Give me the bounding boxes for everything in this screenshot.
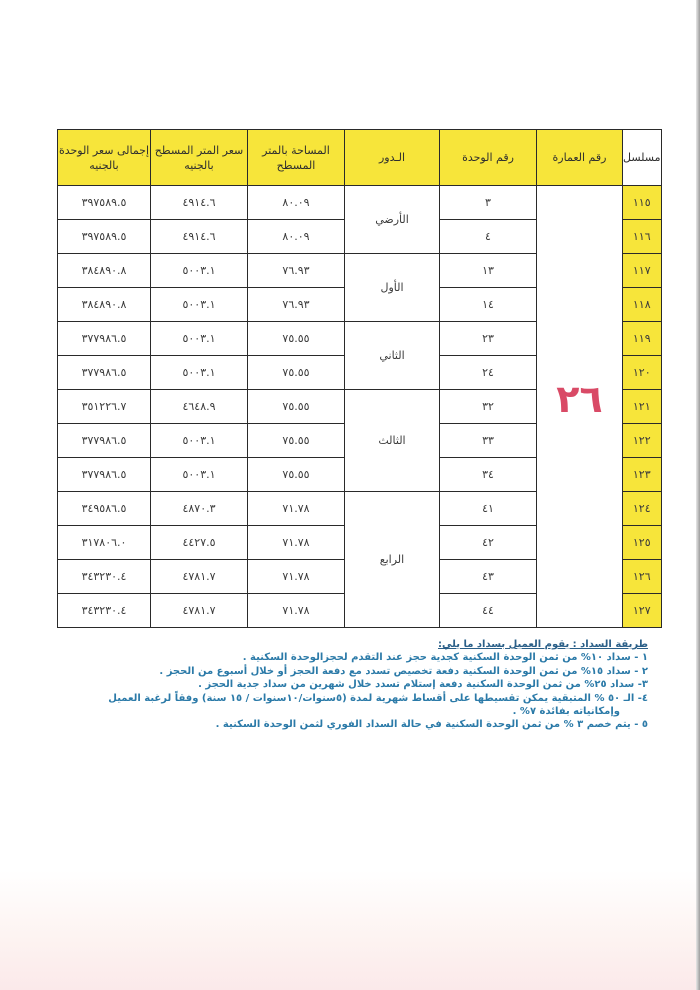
header-area: المساحة بالمتر المسطح [248, 130, 345, 186]
cell-price-per-meter: ٤٧٨١.٧ [151, 560, 248, 594]
cell-area: ٧٥.٥٥ [248, 424, 345, 458]
cell-unit: ٣٤ [440, 458, 537, 492]
cell-total: ٣٤٩٥٨٦.٥ [58, 492, 151, 526]
cell-unit: ١٤ [440, 288, 537, 322]
cell-price-per-meter: ٤٩١٤.٦ [151, 220, 248, 254]
cell-unit: ٤٣ [440, 560, 537, 594]
cell-serial: ١١٥ [623, 186, 662, 220]
cell-serial: ١٢٦ [623, 560, 662, 594]
cell-price-per-meter: ٥٠٠٣.١ [151, 322, 248, 356]
cell-serial: ١٢٤ [623, 492, 662, 526]
cell-serial: ١١٧ [623, 254, 662, 288]
cell-area: ٧٥.٥٥ [248, 458, 345, 492]
cell-area: ٨٠.٠٩ [248, 186, 345, 220]
cell-total: ٣٤٣٢٣٠.٤ [58, 560, 151, 594]
cell-total: ٣٧٧٩٨٦.٥ [58, 458, 151, 492]
cell-total: ٣٧٧٩٨٦.٥ [58, 424, 151, 458]
cell-unit: ٤ [440, 220, 537, 254]
cell-price-per-meter: ٥٠٠٣.١ [151, 424, 248, 458]
cell-building-number: ٢٦ [537, 186, 623, 628]
cell-area: ٧٥.٥٥ [248, 390, 345, 424]
payment-term-item: ٢ - سداد ١٥% من ثمن الوحدة السكنية دفعة … [48, 665, 648, 678]
cell-serial: ١٢١ [623, 390, 662, 424]
cell-price-per-meter: ٥٠٠٣.١ [151, 288, 248, 322]
cell-floor: الأول [345, 254, 440, 322]
cell-price-per-meter: ٤٤٢٧.٥ [151, 526, 248, 560]
cell-unit: ٢٣ [440, 322, 537, 356]
payment-term-item: ٣- سداد ٢٥% من ثمن الوحدة السكنية دفعة إ… [48, 678, 648, 691]
cell-price-per-meter: ٥٠٠٣.١ [151, 356, 248, 390]
cell-area: ٧١.٧٨ [248, 594, 345, 628]
cell-price-per-meter: ٤٨٧٠.٣ [151, 492, 248, 526]
header-floor: الـدور [345, 130, 440, 186]
cell-total: ٣١٧٨٠٦.٠ [58, 526, 151, 560]
cell-total: ٣٨٤٨٩٠.٨ [58, 254, 151, 288]
cell-unit: ٣ [440, 186, 537, 220]
cell-floor: الثالث [345, 390, 440, 492]
cell-serial: ١٢٧ [623, 594, 662, 628]
cell-area: ٧١.٧٨ [248, 492, 345, 526]
payment-terms-title: طريقة السداد : يقوم العميل بسداد ما يلي: [48, 638, 648, 651]
header-total-price: إجمالى سعر الوحدة بالجنيه [58, 130, 151, 186]
cell-serial: ١١٩ [623, 322, 662, 356]
cell-price-per-meter: ٥٠٠٣.١ [151, 458, 248, 492]
header-building-number: رقم العمارة [537, 130, 623, 186]
cell-unit: ٣٣ [440, 424, 537, 458]
cell-floor: الأرضي [345, 186, 440, 254]
cell-total: ٣٩٧٥٨٩.٥ [58, 220, 151, 254]
cell-area: ٧٥.٥٥ [248, 322, 345, 356]
cell-area: ٨٠.٠٩ [248, 220, 345, 254]
cell-serial: ١١٦ [623, 220, 662, 254]
cell-serial: ١٢٢ [623, 424, 662, 458]
cell-price-per-meter: ٤٩١٤.٦ [151, 186, 248, 220]
cell-unit: ٤٢ [440, 526, 537, 560]
cell-area: ٧٥.٥٥ [248, 356, 345, 390]
units-price-table: مسلسل رقم العمارة رقم الوحدة الـدور المس… [57, 129, 662, 628]
building-number-stamp: ٢٦ [556, 377, 602, 421]
cell-total: ٣٨٤٨٩٠.٨ [58, 288, 151, 322]
cell-unit: ٣٢ [440, 390, 537, 424]
cell-serial: ١١٨ [623, 288, 662, 322]
cell-unit: ٢٤ [440, 356, 537, 390]
cell-serial: ١٢٣ [623, 458, 662, 492]
cell-total: ٣٥١٢٢٦.٧ [58, 390, 151, 424]
payment-term-item: ١ - سداد ١٠% من ثمن الوحدة السكنية كجدية… [48, 651, 648, 664]
header-serial: مسلسل [623, 130, 662, 186]
cell-price-per-meter: ٥٠٠٣.١ [151, 254, 248, 288]
payment-term-item: ٤- الـ ٥٠ % المتبقية يمكن تقسيطها على أق… [48, 692, 648, 705]
cell-total: ٣٧٧٩٨٦.٥ [58, 356, 151, 390]
cell-price-per-meter: ٤٧٨١.٧ [151, 594, 248, 628]
cell-unit: ٤٤ [440, 594, 537, 628]
table-row: ١١٥ ٢٦ ٣ الأرضي ٨٠.٠٩ ٤٩١٤.٦ ٣٩٧٥٨٩.٥ [58, 186, 662, 220]
cell-unit: ٤١ [440, 492, 537, 526]
page-edge-shadow [696, 0, 700, 990]
cell-floor: الثاني [345, 322, 440, 390]
payment-terms: طريقة السداد : يقوم العميل بسداد ما يلي:… [48, 638, 648, 732]
cell-serial: ١٢٠ [623, 356, 662, 390]
table-header-row: مسلسل رقم العمارة رقم الوحدة الـدور المس… [58, 130, 662, 186]
cell-area: ٧٦.٩٣ [248, 254, 345, 288]
header-unit-number: رقم الوحدة [440, 130, 537, 186]
payment-term-item-continuation: وإمكانياته بفائدة ٧% . [48, 705, 648, 718]
cell-area: ٧١.٧٨ [248, 560, 345, 594]
cell-total: ٣٤٣٢٣٠.٤ [58, 594, 151, 628]
cell-price-per-meter: ٤٦٤٨.٩ [151, 390, 248, 424]
cell-area: ٧١.٧٨ [248, 526, 345, 560]
cell-floor: الرابع [345, 492, 440, 628]
cell-total: ٣٩٧٥٨٩.٥ [58, 186, 151, 220]
cell-area: ٧٦.٩٣ [248, 288, 345, 322]
cell-unit: ١٣ [440, 254, 537, 288]
header-price-per-meter: سعر المتر المسطح بالجنيه [151, 130, 248, 186]
payment-term-item: ٥ - يتم خصم ٣ % من ثمن الوحدة السكنية في… [48, 718, 648, 731]
cell-serial: ١٢٥ [623, 526, 662, 560]
cell-total: ٣٧٧٩٨٦.٥ [58, 322, 151, 356]
